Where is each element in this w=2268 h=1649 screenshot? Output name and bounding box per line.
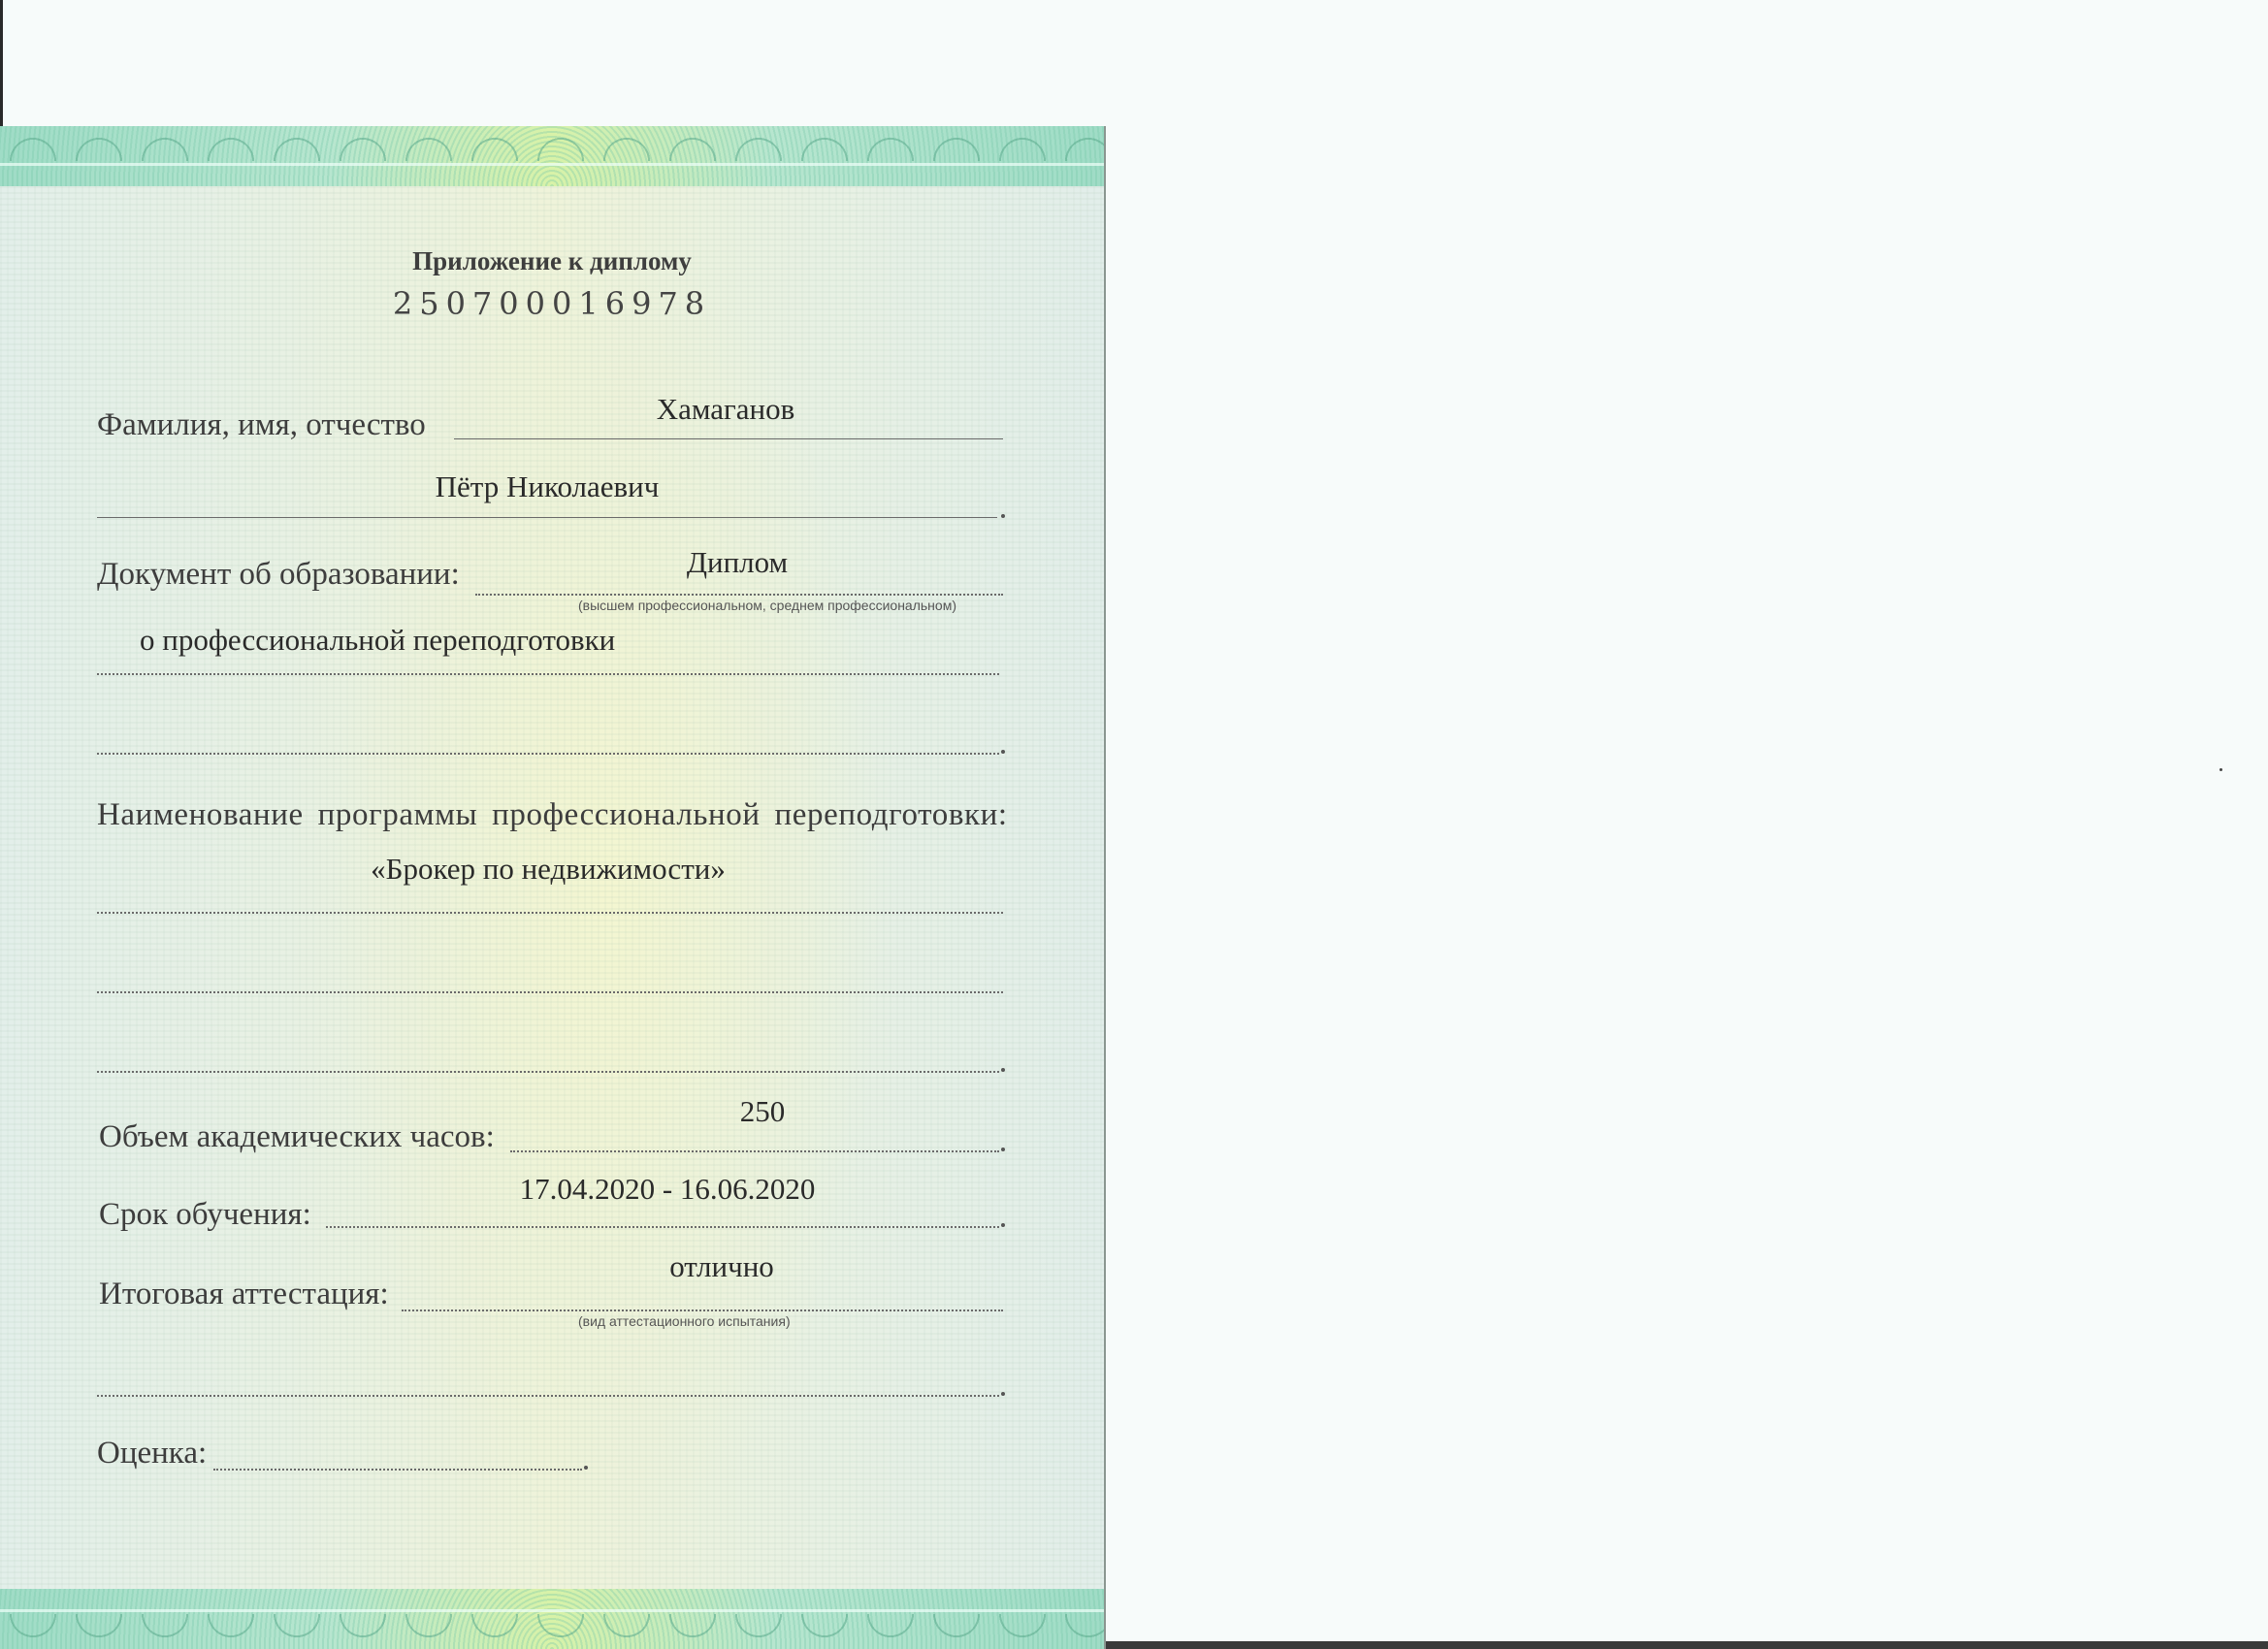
education-document-dotted-line-2 (97, 673, 999, 675)
document-title: Приложение к диплому (0, 246, 1104, 276)
top-guilloche-border (0, 126, 1104, 186)
education-document-hint: (высшем профессиональном, среднем профес… (578, 598, 956, 613)
program-dotted-line-3 (97, 1071, 999, 1073)
scan-edge-left (0, 0, 3, 128)
grade-dotted-line (213, 1469, 582, 1471)
education-document-value: Диплом (475, 545, 999, 580)
diploma-supplement-sheet (0, 126, 1106, 1649)
line-end-dot (1001, 750, 1005, 754)
full-name-label: Фамилия, имя, отчество (97, 407, 426, 443)
hours-value: 250 (510, 1094, 966, 1129)
final-attestation-value: отлично (400, 1249, 976, 1284)
given-names-underline (97, 517, 997, 518)
program-value: «Брокер по недвижимости» (97, 852, 999, 887)
bottom-guilloche-border (0, 1589, 1104, 1649)
border-stripe (0, 163, 1104, 166)
study-period-label: Срок обучения: (99, 1197, 311, 1233)
scallop-ornament (0, 1614, 1104, 1647)
hours-label: Объем академических часов: (99, 1119, 495, 1155)
line-end-dot (1001, 514, 1005, 518)
hours-dotted-line (510, 1150, 999, 1152)
study-period-dotted-line (326, 1226, 999, 1228)
education-document-label: Документ об образовании: (97, 557, 460, 593)
surname-underline (454, 438, 1003, 439)
final-attestation-label: Итоговая аттестация: (99, 1277, 389, 1312)
final-attestation-dotted-line-2 (97, 1395, 999, 1397)
education-document-dotted-line (475, 594, 1003, 596)
border-stripe (0, 1609, 1104, 1612)
final-attestation-dotted-line (402, 1309, 1003, 1311)
line-end-dot (1001, 1392, 1005, 1396)
program-dotted-line-1 (97, 912, 1003, 914)
blank-scan-area (1106, 0, 2268, 1641)
scallop-ornament (0, 128, 1104, 161)
grade-label: Оценка: (97, 1436, 207, 1471)
final-attestation-hint: (вид аттестационного испытания) (578, 1313, 791, 1329)
program-label: Наименование программы профессиональной … (97, 797, 1008, 833)
program-dotted-line-2 (97, 991, 1003, 993)
scan-edge-bottom (1106, 1641, 2268, 1649)
line-end-dot (584, 1466, 588, 1470)
study-period-value: 17.04.2020 - 16.06.2020 (326, 1172, 960, 1207)
education-document-dotted-line-3 (97, 753, 999, 755)
surname-value: Хамаганов (454, 392, 997, 427)
document-number: 250700016978 (0, 285, 1104, 322)
line-end-dot (1001, 1068, 1005, 1072)
education-document-value-line2: о профессиональной переподготовки (140, 623, 615, 658)
given-names-value: Пётр Николаевич (97, 469, 997, 504)
dust-speck (2219, 768, 2222, 771)
line-end-dot (1001, 1148, 1005, 1151)
line-end-dot (1001, 1223, 1005, 1227)
